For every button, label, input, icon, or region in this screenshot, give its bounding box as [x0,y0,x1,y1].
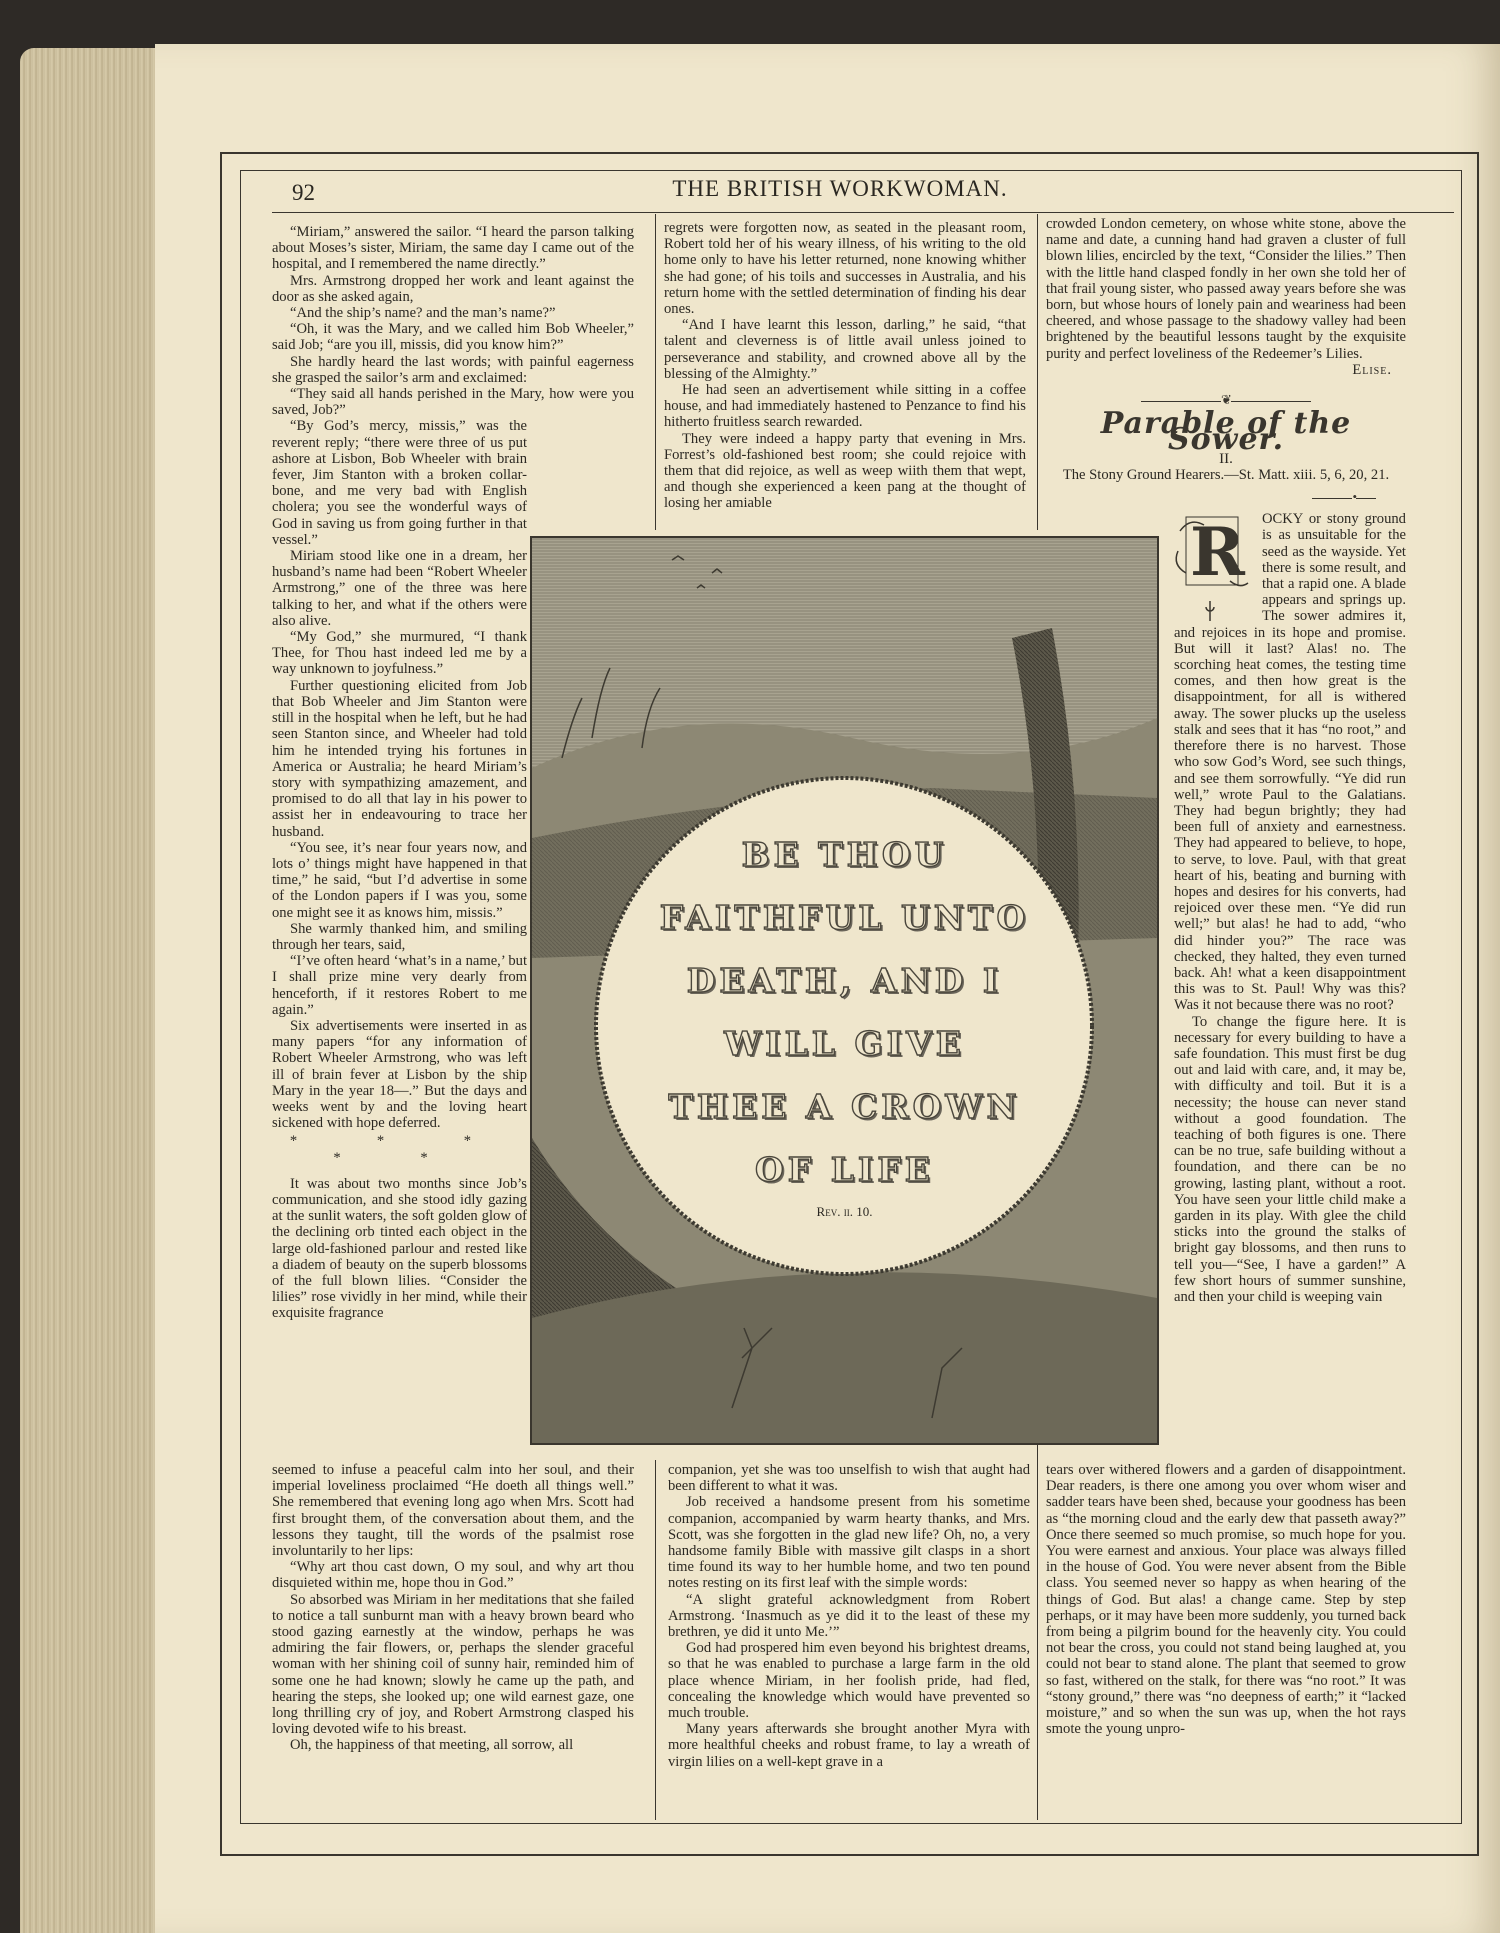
paragraph: crowded London cemetery, on whose white … [1046,216,1406,362]
paragraph: Mrs. Armstrong dropped her work and lean… [272,273,634,305]
dropcap-letter: R [1190,517,1245,587]
paragraph: It was about two months since Job’s comm… [272,1176,527,1322]
paragraph: Job received a handsome present from his… [668,1494,1030,1591]
motto-line: BE THOU [532,823,1157,886]
paragraph: “Why art thou cast down, O my soul, and … [272,1559,634,1591]
story-column-2-top: regrets were forgotten now, as seated in… [664,220,1026,512]
paragraph: So absorbed was Miriam in her meditation… [272,1592,634,1738]
paragraph: They were indeed a happy party that even… [664,431,1026,512]
motto-line: OF LIFE [532,1138,1157,1201]
paragraph: “And the ship’s name? and the man’s name… [272,305,634,321]
column-divider [1037,1445,1038,1820]
section-break-stars: * * * * * [272,1133,527,1165]
paragraph: To change the figure here. It is necessa… [1174,1014,1406,1306]
paragraph: “Miriam,” answered the sailor. “I heard … [272,224,634,273]
story-column-2-bottom: companion, yet she was too unselfish to … [668,1462,1030,1770]
column-divider [655,214,656,530]
engraving-illustration: BE THOU FAITHFUL UNTO DEATH, AND I WILL … [530,536,1159,1445]
motto-line: DEATH, AND I [532,949,1157,1012]
author-signature: Elise. [1352,362,1392,378]
paragraph: tears over withered flowers and a garden… [1046,1462,1406,1737]
paragraph: “You see, it’s near four years now, and … [272,840,527,921]
paragraph: “My God,” she murmured, “I thank Thee, f… [272,629,527,678]
paragraph: “I’ve often heard ‘what’s in a name,’ bu… [272,953,527,1018]
paragraph: companion, yet she was too unselfish to … [668,1462,1030,1494]
first-word: OCKY [1262,511,1303,527]
motto-line: FAITHFUL UNTO [532,886,1157,949]
page-number: 92 [292,180,315,206]
article-part-number: II. [1046,451,1406,467]
paragraph: regrets were forgotten now, as seated in… [664,220,1026,317]
masthead-title: THE BRITISH WORKWOMAN. [600,176,1080,202]
paragraph: She hardly heard the last words; with pa… [272,354,634,386]
paragraph: Many years afterwards she brought anothe… [668,1721,1030,1770]
paragraph: She warmly thanked him, and smiling thro… [272,921,527,953]
motto-line: WILL GIVE [532,1012,1157,1075]
motto-line: THEE A CROWN [532,1075,1157,1138]
paragraph: “Oh, it was the Mary, and we called him … [272,321,634,353]
story-column-1-bottom: seemed to infuse a peaceful calm into he… [272,1462,634,1754]
article-title: Parable of the Sower. [1046,416,1406,448]
column-divider [1037,214,1038,530]
paragraph: He had seen an advertisement while sitti… [664,382,1026,431]
article-subtitle: The Stony Ground Hearers.—St. Matt. xiii… [1046,467,1406,483]
paragraph: God had prospered him even beyond his br… [668,1640,1030,1721]
paragraph: Six advertisements were inserted in as m… [272,1018,527,1131]
scripture-reference: Rev. ii. 10. [532,1204,1157,1220]
header-rule [272,212,1454,213]
decorated-dropcap: R [1170,511,1256,623]
small-divider-ornament: • [1046,489,1376,505]
paragraph: seemed to infuse a peaceful calm into he… [272,1462,634,1559]
column-divider [655,1460,656,1820]
paragraph: “And I have learnt this lesson, darling,… [664,317,1026,382]
paragraph: Oh, the happiness of that meeting, all s… [272,1737,634,1753]
column-3-bottom: tears over withered flowers and a garden… [1046,1462,1406,1737]
paragraph: “By God’s mercy, missis,” was the revere… [272,418,527,548]
scripture-motto: BE THOU FAITHFUL UNTO DEATH, AND I WILL … [532,823,1157,1201]
paragraph: Miriam stood like one in a dream, her hu… [272,548,527,629]
paragraph: “A slight grateful acknowledgment from R… [668,1592,1030,1641]
paragraph: “They said all hands perished in the Mar… [272,386,634,418]
paragraph: Further questioning elicited from Job th… [272,678,527,840]
book-page-edges [20,48,155,1933]
